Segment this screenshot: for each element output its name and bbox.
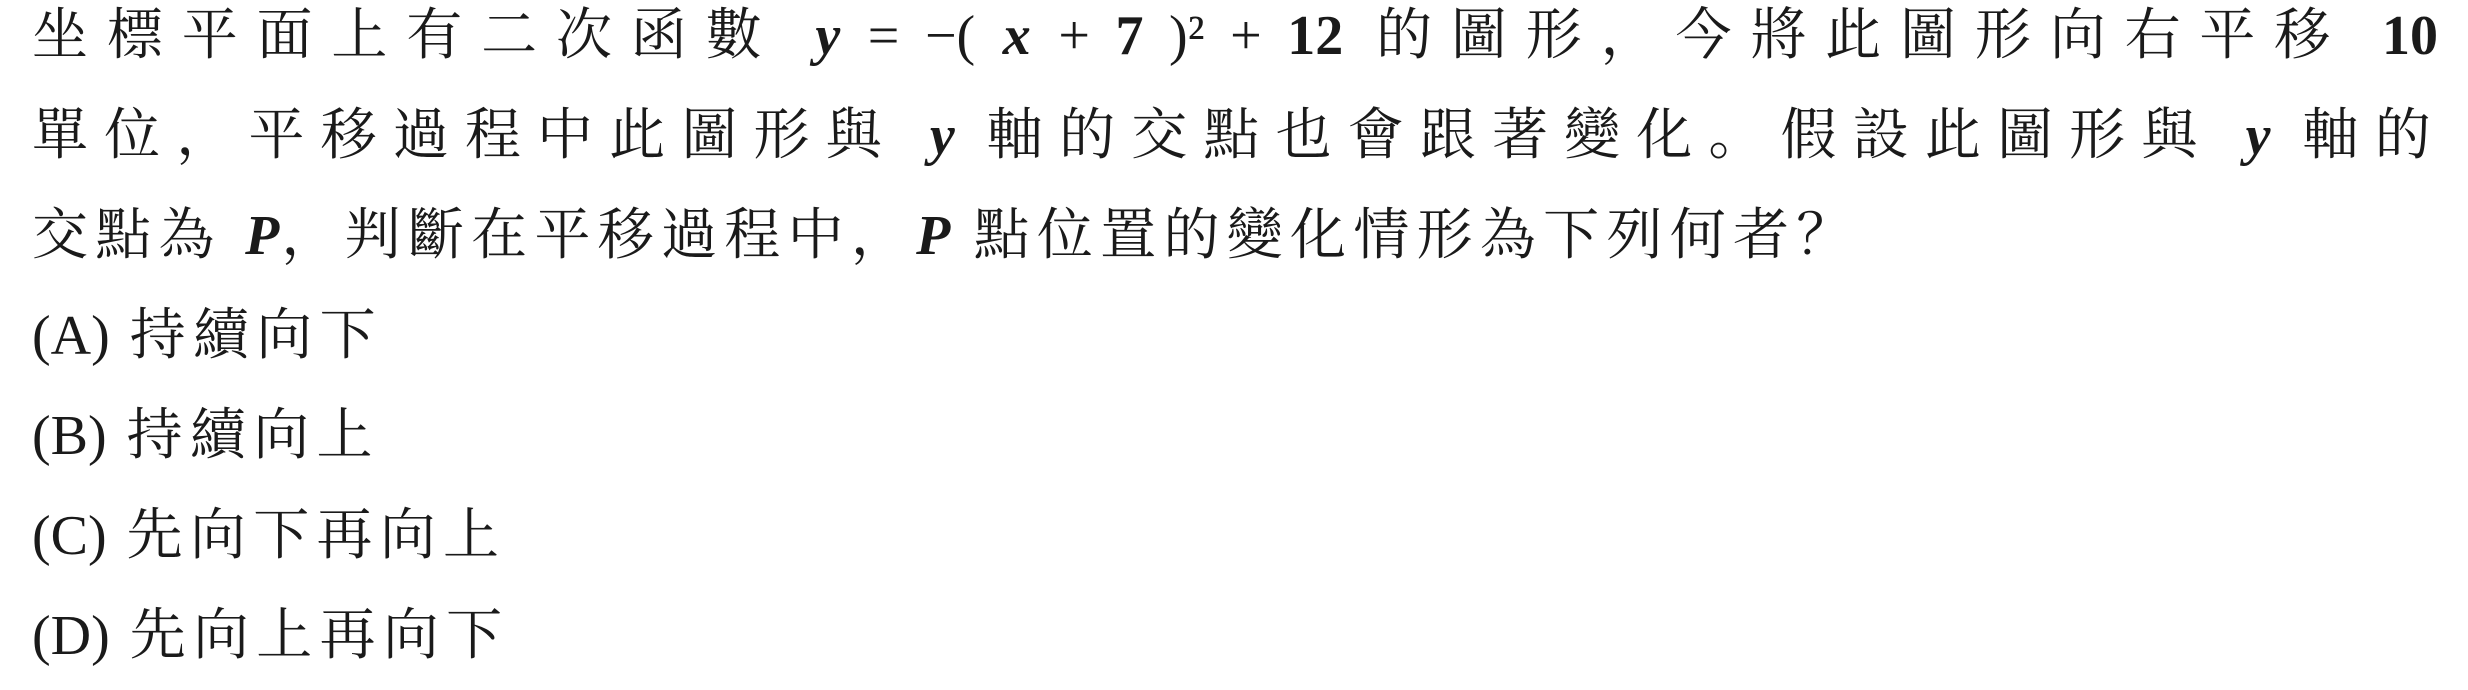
options-list: (A)持續向下(B)持續向上(C)先向下再向上(D)先向上再向下: [32, 286, 2438, 686]
text-segment: 單位，平移過程中此圖形與: [32, 105, 928, 167]
math-variable: y: [928, 105, 957, 167]
option-text: 先向上再向下: [130, 605, 510, 667]
question-line-1: 坐標平面上有二次函數 y = −( x + 7 )² + 12 的圖形，今將此圖…: [32, 0, 2438, 86]
question-text: 坐標平面上有二次函數 y = −( x + 7 )² + 12 的圖形，今將此圖…: [32, 0, 2438, 286]
text-segment: 的圖形，今將此圖形向右平移: [1343, 5, 2382, 67]
math-variable: x: [1001, 5, 1033, 67]
text-segment: 點位置的變化情形為下列何者？: [952, 205, 1859, 267]
option-text: 持續向下: [130, 305, 383, 367]
math-operator: )² +: [1143, 5, 1287, 67]
math-variable: y: [813, 5, 842, 67]
text-segment: 軸的交點也會跟著變化。假設此圖形與: [957, 105, 2244, 167]
question-line-2: 單位，平移過程中此圖形與 y 軸的交點也會跟著變化。假設此圖形與 y 軸的: [32, 86, 2438, 186]
math-operator: = −(: [842, 5, 1001, 67]
math-operator: +: [1033, 5, 1116, 67]
option-label: (C): [32, 505, 107, 567]
math-number: 12: [1287, 5, 1343, 67]
option-text: 持續向上: [127, 405, 380, 467]
question-line-3: 交點為 P，判斷在平移過程中，P 點位置的變化情形為下列何者？: [32, 186, 2438, 286]
option-row-b: (B)持續向上: [32, 386, 2438, 486]
option-row-a: (A)持續向下: [32, 286, 2438, 386]
option-text: 先向下再向上: [127, 505, 507, 567]
text-segment: ，判斷在平移過程中，: [281, 205, 914, 267]
option-row-c: (C)先向下再向上: [32, 486, 2438, 586]
text-segment: 軸的: [2272, 105, 2438, 167]
math-variable: y: [2244, 105, 2273, 167]
math-number: 7: [1115, 5, 1143, 67]
math-variable: P: [243, 205, 281, 267]
option-label: (A): [32, 305, 110, 367]
option-row-d: (D)先向上再向下: [32, 586, 2438, 686]
math-variable: P: [914, 205, 952, 267]
option-label: (B): [32, 405, 107, 467]
option-label: (D): [32, 605, 110, 667]
math-number: 10: [2382, 5, 2438, 67]
text-segment: 坐標平面上有二次函數: [32, 5, 813, 67]
question-page: 坐標平面上有二次函數 y = −( x + 7 )² + 12 的圖形，今將此圖…: [0, 0, 2468, 686]
text-segment: 交點為: [32, 205, 243, 267]
